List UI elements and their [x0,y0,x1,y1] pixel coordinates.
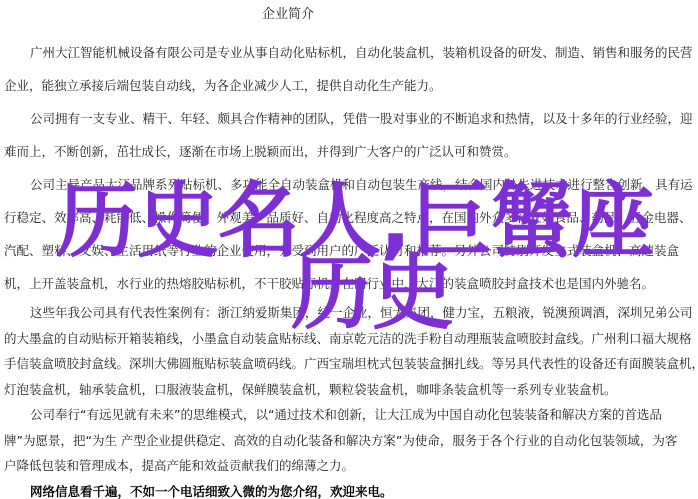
paragraph-line: 户降低包装和管理成本，提高产能和效益贡献我们的绵薄之力。 [4,453,694,479]
paragraph-line: 牌”为愿景，把“为生 产型企业提供稳定、高效的自动化装备和解决方案”为使命，服务… [4,428,694,454]
document-page: 企业简介 广州大江智能机械设备有限公司是专业从事自动化贴标机，自动化装盒机，装箱… [0,0,698,499]
paragraph-line: 手信装盒喷胶封盒线。深圳大佛圆瓶贴标装盒喷码线。广西宝瑞坦枕式包装装盒捆扎线。等… [4,351,694,377]
paragraph-line: 公司奉行“有远见就有未来”的思维模式，以“通过技术和创新，让大江成为中国自动化包… [4,402,694,428]
paragraph-line: 公司拥有一支专业、精干、年轻、颇具合作精神的团队，凭借一股对事业的不断追求和热情… [4,102,694,135]
closing-line-bold: 网络信息看千遍，不如一个电话细致入微的为您介绍，欢迎来电。 [4,479,694,499]
paragraph-line: 难而上，不断创新，茁壮成长，逐渐在市场上脱颖而出，并得到广大客户的广泛认可和赞赏… [4,135,694,168]
paragraph-line: 企业，能独立承接后端包装自动线，为各企业减少人工，提供自动化生产能力。 [4,69,694,102]
paragraph-line: 灯泡装盒机，轴承装盒机，口服液装盒机，保鲜膜装盒机，颗粒袋装盒机，咖啡条装盒机等… [4,377,694,403]
watermark-line2: 历史 [291,253,453,335]
page-title: 企业简介 [0,0,698,36]
paragraph-line: 广州大江智能机械设备有限公司是专业从事自动化贴标机，自动化装盒机，装箱机设备的研… [4,36,694,69]
